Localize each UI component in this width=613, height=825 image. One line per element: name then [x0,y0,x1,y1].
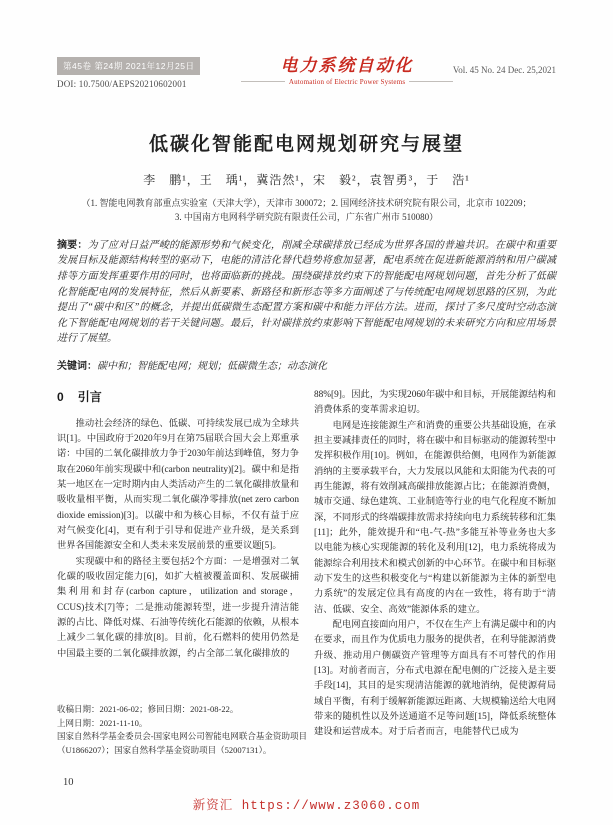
section-heading-intro: 0引言 [57,388,299,408]
author-line: 李 鹏¹，王 瑀¹，冀浩然¹，宋 毅²，袁智勇³，于 浩¹ [57,171,556,188]
issue-box: 第45卷 第24期 2021年12月25日 [57,57,200,75]
abstract: 摘要：为了应对日益严峻的能源形势和气候变化，削减全球碳排放已经成为世界各国的普遍… [57,238,556,347]
received-date: 收稿日期：2021-06-02；修回日期：2021-08-22。 [57,703,307,717]
divider-line [409,81,453,82]
abstract-label: 摘要： [57,240,88,251]
body-paragraph: 实现碳中和的路径主要包括2个方面：一是增强对二氧化碳的吸收固定能力[6]，如扩大… [57,555,299,662]
affiliation-line-1: （1. 智能电网教育部重点实验室（天津大学），天津市 300072；2. 国网经… [57,197,556,211]
abstract-text: 为了应对日益严峻的能源形势和气候变化，削减全球碳排放已经成为世界各国的普遍共识。… [57,240,556,345]
affiliation-line-2: 3. 中国南方电网科学研究院有限责任公司，广东省广州市 510080） [57,211,556,225]
body-paragraph: 配电网直接面向用户，不仅在生产上有满足碳中和的内在要求，而且作为优质电力服务的提… [314,618,556,741]
doi-text: DOI: 10.7500/AEPS20210602001 [57,79,241,89]
watermark-url: 新资汇 https://www.z3060.com [0,795,613,813]
section-number: 0 [57,390,64,404]
affiliations: （1. 智能电网教育部重点实验室（天津大学），天津市 300072；2. 国网经… [57,197,556,225]
body-paragraph: 88%[9]。因此，为实现2060年碳中和目标，开展能源结构和消费体系的变革需求… [314,388,556,419]
journal-header: 第45卷 第24期 2021年12月25日 DOI: 10.7500/AEPS2… [57,56,556,89]
header-left: 第45卷 第24期 2021年12月25日 DOI: 10.7500/AEPS2… [57,56,241,89]
body-paragraph: 电网是连接能源生产和消费的重要公共基础设施，在承担主要减排责任的同时，将在碳中和… [314,419,556,618]
article-title: 低碳化智能配电网规划研究与展望 [57,129,556,156]
keywords: 关键词：碳中和；智能配电网；规划；低碳微生态；动态演化 [57,357,556,372]
right-column: 88%[9]。因此，为实现2060年碳中和目标，开展能源结构和消费体系的变革需求… [314,388,556,780]
online-date: 上网日期：2021-11-10。 [57,717,307,731]
journal-name-cn: 电力系统自动化 [241,57,453,76]
divider-line [241,81,285,82]
keywords-label: 关键词： [57,361,97,372]
body-paragraph: 推动社会经济的绿色、低碳、可持续发展已成为全球共识[1]。中国政府于2020年9… [57,417,299,555]
keywords-text: 碳中和；智能配电网；规划；低碳微生态；动态演化 [97,361,327,372]
journal-name-en-row: Automation of Electric Power Systems [241,78,453,86]
footnote-block: 收稿日期：2021-06-02；修回日期：2021-08-22。 上网日期：20… [57,703,307,757]
page-number: 10 [63,777,74,788]
paper-page: 第45卷 第24期 2021年12月25日 DOI: 10.7500/AEPS2… [0,0,613,825]
journal-name-en: Automation of Electric Power Systems [289,78,405,86]
funding-note: 国家自然科学基金委员会-国家电网公司智能电网联合基金资助项目（U1866207）… [57,730,307,757]
volume-info-en: Vol. 45 No. 24 Dec. 25,2021 [453,65,556,75]
section-title: 引言 [78,390,102,404]
journal-logo: 电力系统自动化 Automation of Electric Power Sys… [241,57,453,86]
